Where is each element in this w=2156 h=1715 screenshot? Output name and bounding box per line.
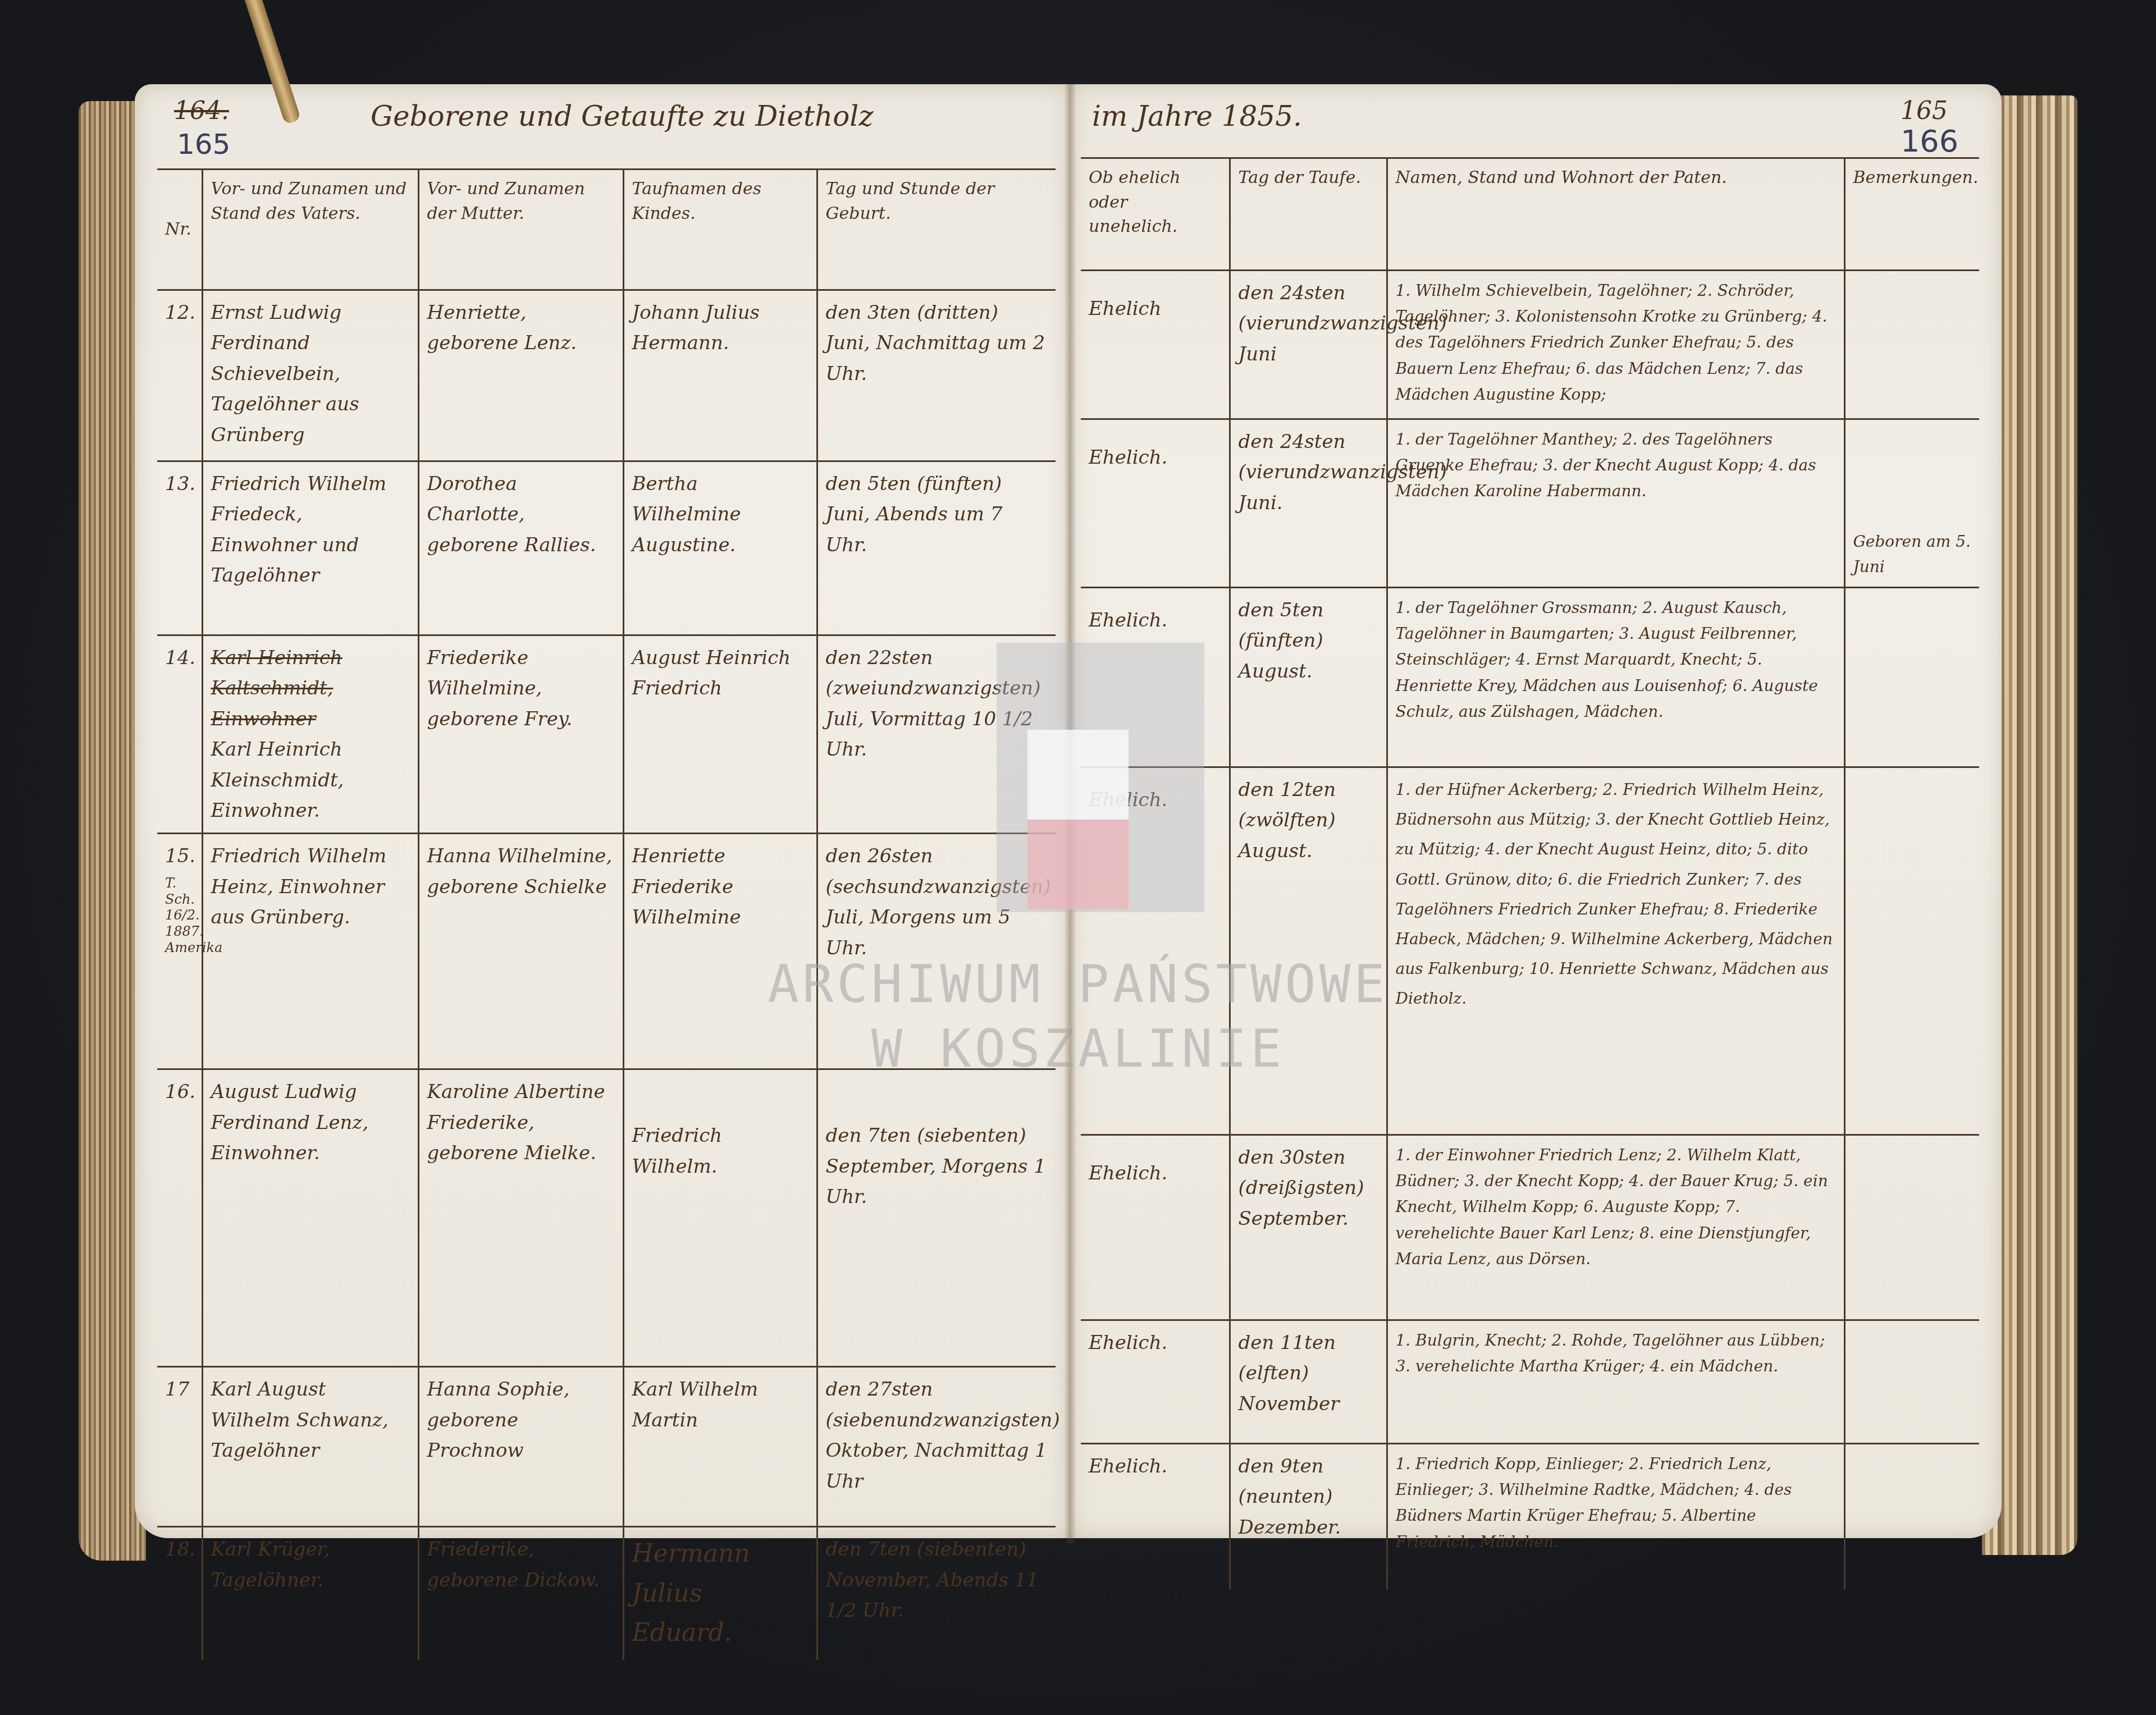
- row-mother: Friederike, geborene Dickow.: [418, 1527, 623, 1660]
- row-child: August Heinrich Friedrich: [623, 635, 817, 834]
- row-father: Karl Krüger, Tagelöhner.: [202, 1527, 418, 1660]
- row-child: Bertha Wilhelmine Augustine.: [623, 461, 817, 635]
- row-father: Karl Heinrich Kleinschmidt, Einwohner.: [211, 738, 344, 822]
- margin-note: T. Sch. 16/2. 1887. Amerika: [165, 875, 194, 956]
- row-nr: 17: [157, 1367, 202, 1527]
- right-folio-new: 166: [1901, 124, 1958, 159]
- row-remarks: [1844, 588, 1979, 767]
- row-birth: den 7ten (siebenten) September, Morgens …: [817, 1069, 1056, 1367]
- row-remarks: [1844, 1135, 1979, 1320]
- left-page: 164. 165 Geborene und Getaufte zu Dietho…: [135, 84, 1070, 1538]
- row-father-struck: Karl Heinrich Kaltschmidt, Einwohner: [211, 647, 342, 730]
- row-sponsors: 1. der Einwohner Friedrich Lenz; 2. Wilh…: [1387, 1135, 1844, 1320]
- row-father: Friedrich Wilhelm Friedeck, Einwohner un…: [202, 461, 418, 635]
- archive-watermark-logo: [997, 643, 1204, 912]
- row-father: Karl August Wilhelm Schwanz, Tagelöhner: [202, 1367, 418, 1527]
- row-mother: Dorothea Charlotte, geborene Rallies.: [418, 461, 623, 635]
- col-mother: Vor- und Zunamen der Mutter.: [418, 170, 623, 290]
- row-legitimacy: Ehelich: [1081, 271, 1230, 419]
- row-nr: 16.: [157, 1069, 202, 1367]
- row-child: Johann Julius Hermann.: [623, 290, 817, 461]
- col-remarks: Bemerkungen.: [1844, 158, 1979, 271]
- row-nr: 18.: [157, 1527, 202, 1660]
- right-page-heading: im Jahre 1855.: [1092, 100, 1302, 132]
- row-remarks: [1844, 1444, 1979, 1590]
- row-baptism: den 24sten (vierundzwanzigsten) Juni.: [1230, 419, 1387, 588]
- row-child: Hermann Julius Eduard.: [623, 1527, 817, 1660]
- row-father: August Ludwig Ferdinand Lenz, Einwohner.: [202, 1069, 418, 1367]
- table-row: 12. Ernst Ludwig Ferdinand Schievelbein,…: [157, 290, 1056, 461]
- table-row: Ehelich. den 24sten (vierundzwanzigsten)…: [1081, 419, 1979, 588]
- right-page: im Jahre 1855. 165 166 Ob ehelich oder u…: [1070, 84, 2002, 1538]
- row-baptism: den 9ten (neunten) Dezember.: [1230, 1444, 1387, 1590]
- left-register-table: Nr. Vor- und Zunamen und Stand des Vater…: [157, 168, 1056, 1660]
- col-child: Taufnamen des Kindes.: [623, 170, 817, 290]
- row-sponsors: 1. Bulgrin, Knecht; 2. Rohde, Tagelöhner…: [1387, 1320, 1844, 1444]
- row-sponsors: 1. der Tagelöhner Manthey; 2. des Tagelö…: [1387, 419, 1844, 588]
- table-row: Ehelich. den 9ten (neunten) Dezember. 1.…: [1081, 1444, 1979, 1590]
- col-father: Vor- und Zunamen und Stand des Vaters.: [202, 170, 418, 290]
- row-remarks: [1844, 271, 1979, 419]
- col-birth: Tag und Stunde der Geburt.: [817, 170, 1056, 290]
- row-nr: 13.: [157, 461, 202, 635]
- row-legitimacy: Ehelich.: [1081, 1135, 1230, 1320]
- row-father-cell: Karl Heinrich Kaltschmidt, Einwohner Kar…: [202, 635, 418, 834]
- row-legitimacy: Ehelich.: [1081, 1320, 1230, 1444]
- row-mother: Hanna Sophie, geborene Prochnow: [418, 1367, 623, 1527]
- table-row: Ehelich. den 11ten (elften) November 1. …: [1081, 1320, 1979, 1444]
- row-baptism: den 11ten (elften) November: [1230, 1320, 1387, 1444]
- row-remarks: Geboren am 5. Juni: [1844, 419, 1979, 588]
- row-birth: den 5ten (fünften) Juni, Abends um 7 Uhr…: [817, 461, 1056, 635]
- left-folio-old: 164.: [174, 97, 229, 125]
- row-birth: den 7ten (siebenten) November, Abends 11…: [817, 1527, 1056, 1660]
- row-baptism: den 5ten (fünften) August.: [1230, 588, 1387, 767]
- row-nr: 14.: [157, 635, 202, 834]
- table-row: Ehelich. den 5ten (fünften) August. 1. d…: [1081, 588, 1979, 767]
- table-row: 17 Karl August Wilhelm Schwanz, Tagelöhn…: [157, 1367, 1056, 1527]
- right-folio-old: 165: [1901, 97, 1948, 125]
- watermark-text-line1: ARCHIWUM PAŃSTWOWE: [0, 954, 2156, 1014]
- row-sponsors: 1. der Hüfner Ackerberg; 2. Friedrich Wi…: [1387, 767, 1844, 1135]
- row-sponsors: 1. der Tagelöhner Grossmann; 2. August K…: [1387, 588, 1844, 767]
- left-folio-new: 165: [177, 128, 230, 161]
- row-birth: den 3ten (dritten) Juni, Nachmittag um 2…: [817, 290, 1056, 461]
- row-nr: 15.: [165, 845, 195, 867]
- row-mother: Karoline Albertine Friederike, geborene …: [418, 1069, 623, 1367]
- watermark-text-line2: W KOSZALINIE: [0, 1019, 2156, 1079]
- watermark-logo-white-block: [1027, 730, 1129, 820]
- table-row: 13. Friedrich Wilhelm Friedeck, Einwohne…: [157, 461, 1056, 635]
- row-remarks: [1844, 1320, 1979, 1444]
- col-legitimacy: Ob ehelich oder unehelich.: [1081, 158, 1230, 271]
- col-sponsors: Namen, Stand und Wohnort der Paten.: [1387, 158, 1844, 271]
- table-row: Ehelich. den 12ten (zwölften) August. 1.…: [1081, 767, 1979, 1135]
- row-birth: den 27sten (siebenundzwanzigsten) Oktobe…: [817, 1367, 1056, 1527]
- row-baptism: den 12ten (zwölften) August.: [1230, 767, 1387, 1135]
- table-row: 18. Karl Krüger, Tagelöhner. Friederike,…: [157, 1527, 1056, 1660]
- col-baptism-date: Tag der Taufe.: [1230, 158, 1387, 271]
- row-nr: 12.: [157, 290, 202, 461]
- table-row: Ehelich den 24sten (vierundzwanzigsten) …: [1081, 271, 1979, 419]
- left-header-row: Nr. Vor- und Zunamen und Stand des Vater…: [157, 170, 1056, 290]
- table-row: 16. August Ludwig Ferdinand Lenz, Einwoh…: [157, 1069, 1056, 1367]
- right-register-table: Ob ehelich oder unehelich. Tag der Taufe…: [1081, 157, 1979, 1590]
- row-mother: Henriette, geborene Lenz.: [418, 290, 623, 461]
- col-nr: Nr.: [157, 170, 202, 290]
- row-legitimacy: Ehelich.: [1081, 1444, 1230, 1590]
- watermark-logo-red-block: [1027, 820, 1129, 909]
- row-child: Karl Wilhelm Martin: [623, 1367, 817, 1527]
- table-row: 14. Karl Heinrich Kaltschmidt, Einwohner…: [157, 635, 1056, 834]
- row-mother: Friederike Wilhelmine, geborene Frey.: [418, 635, 623, 834]
- row-child: Friedrich Wilhelm.: [623, 1069, 817, 1367]
- right-header-row: Ob ehelich oder unehelich. Tag der Taufe…: [1081, 158, 1979, 271]
- left-page-title: Geborene und Getaufte zu Dietholz: [371, 100, 874, 132]
- row-legitimacy: Ehelich.: [1081, 419, 1230, 588]
- row-baptism: den 24sten (vierundzwanzigsten) Juni: [1230, 271, 1387, 419]
- row-father: Ernst Ludwig Ferdinand Schievelbein, Tag…: [202, 290, 418, 461]
- table-row: Ehelich. den 30sten (dreißigsten) Septem…: [1081, 1135, 1979, 1320]
- row-baptism: den 30sten (dreißigsten) September.: [1230, 1135, 1387, 1320]
- row-remarks: [1844, 767, 1979, 1135]
- row-sponsors: 1. Wilhelm Schievelbein, Tagelöhner; 2. …: [1387, 271, 1844, 419]
- row-sponsors: 1. Friedrich Kopp, Einlieger; 2. Friedri…: [1387, 1444, 1844, 1590]
